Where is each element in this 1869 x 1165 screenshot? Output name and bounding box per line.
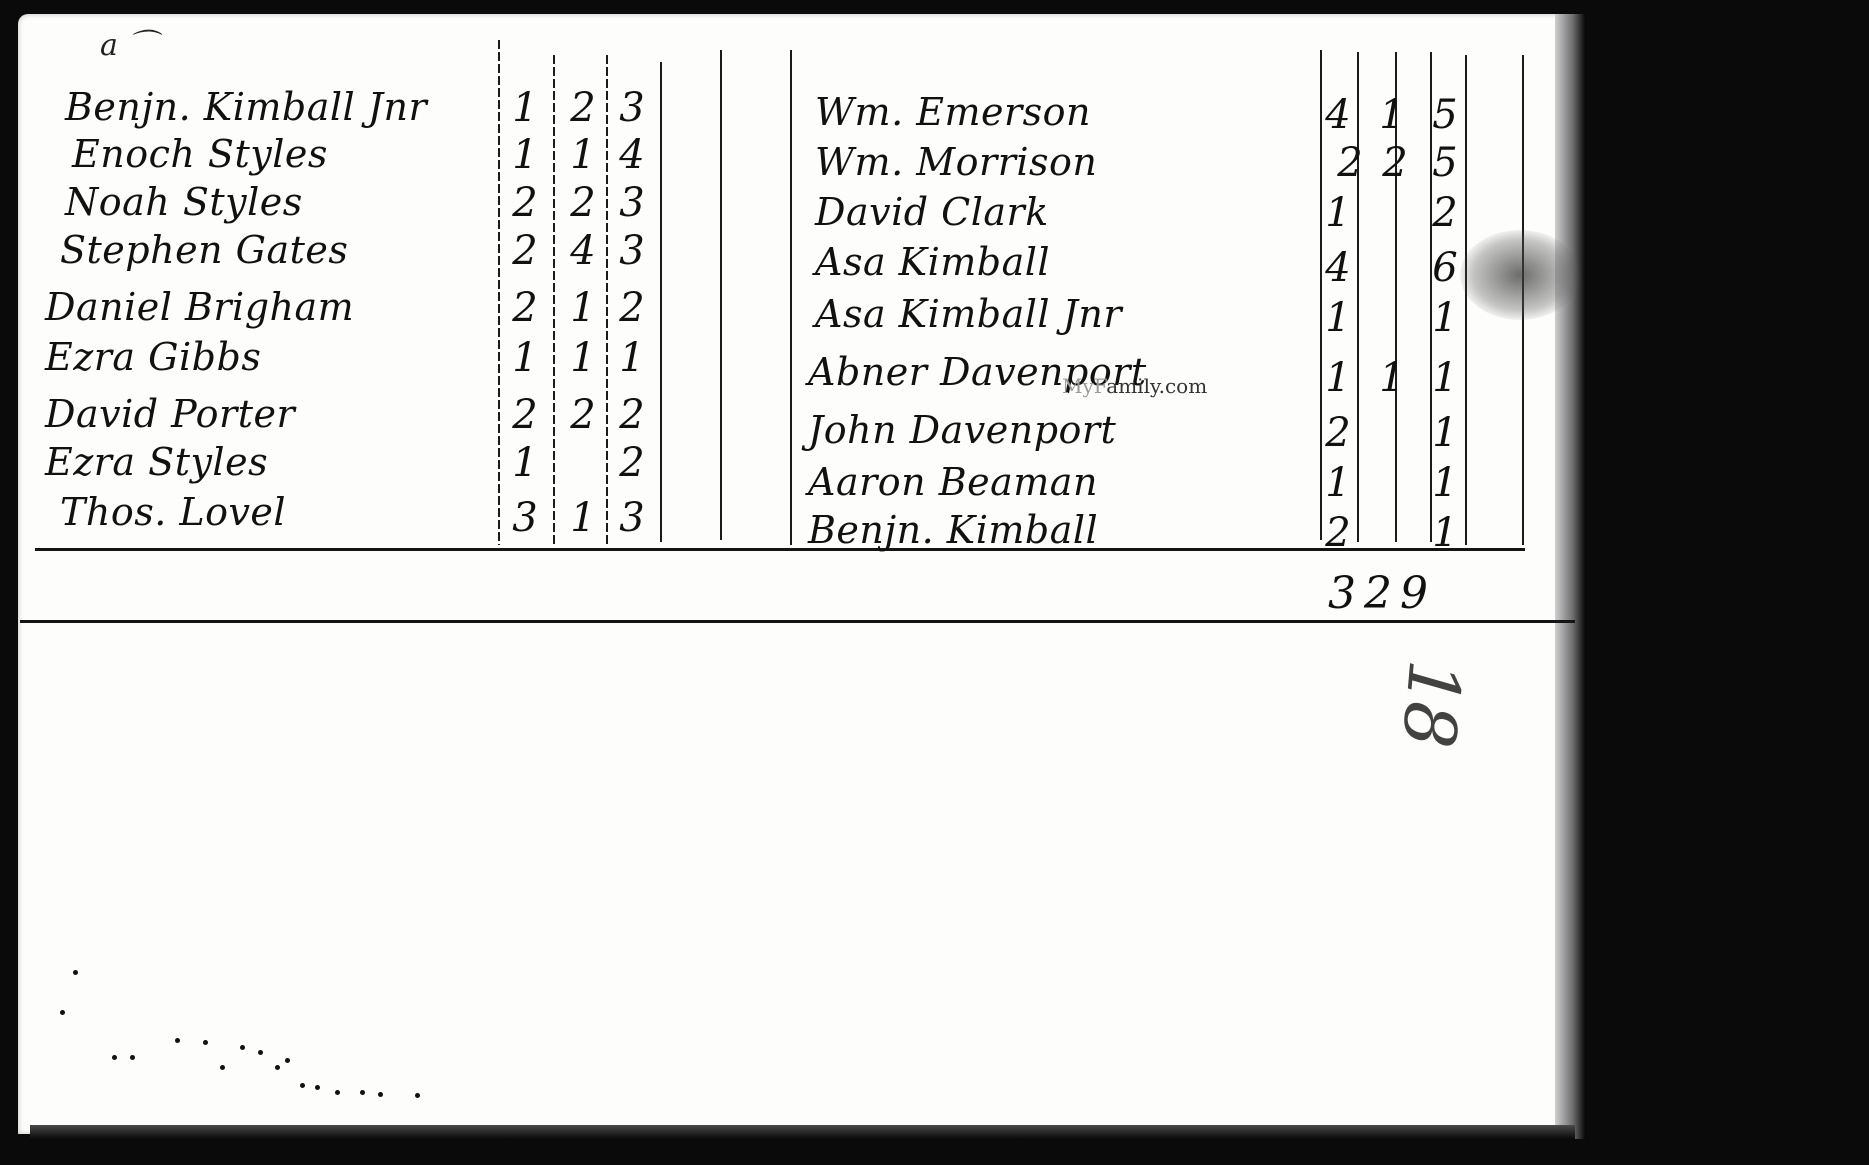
entry-count-2: 2 [563, 392, 603, 438]
watermark-suffix: amily.com [1106, 374, 1207, 398]
entry-count-3: 5 [1425, 140, 1465, 186]
entry-count-2: 2 [563, 85, 603, 131]
entry-name: Benjn. Kimball [808, 508, 1098, 552]
entry-name: Wm. Emerson [815, 90, 1091, 134]
entry-name: David Porter [45, 392, 295, 436]
entry-count-3: 1 [1425, 355, 1465, 401]
entry-name: Daniel Brigham [45, 285, 354, 329]
entry-count-1: 1 [505, 132, 545, 178]
page-edge-shadow [1555, 14, 1585, 1139]
entry-count-3: 1 [1425, 295, 1465, 341]
entry-count-3: 4 [612, 132, 652, 178]
entry-name: Ezra Styles [45, 440, 268, 484]
entry-count-3: 2 [612, 285, 652, 331]
watermark-prefix: MyF [1062, 374, 1106, 398]
entry-count-1: 4 [1318, 245, 1358, 291]
margin-note: 18 [1386, 657, 1477, 748]
entry-count-3: 3 [612, 228, 652, 274]
entry-count-1: 4 [1318, 92, 1358, 138]
table-bottom-rule [35, 548, 1525, 551]
page-bottom-edge [30, 1125, 1575, 1139]
entry-name: Thos. Lovel [60, 490, 286, 534]
entry-count-1: 1 [505, 85, 545, 131]
left-col-rule-4 [660, 62, 662, 542]
entry-name: Noah Styles [65, 180, 303, 224]
entry-name: Aaron Beaman [808, 460, 1098, 504]
right-col-name-rule [790, 50, 792, 545]
entry-name: David Clark [815, 190, 1049, 234]
entry-count-2: 2 [563, 180, 603, 226]
entry-count-2: 1 [563, 495, 603, 541]
entry-count-3: 3 [612, 495, 652, 541]
left-col-rule-5 [720, 50, 722, 540]
entry-count-1: 2 [505, 228, 545, 274]
entry-count-1: 1 [505, 440, 545, 486]
entry-count-1: 3 [505, 495, 545, 541]
left-col-rule-3 [606, 55, 608, 545]
entry-count-3: 1 [1425, 460, 1465, 506]
entry-count-3: 1 [612, 335, 652, 381]
left-col-rule-2 [553, 55, 555, 545]
entry-name: Asa Kimball [815, 240, 1050, 284]
entry-count-3: 2 [1425, 190, 1465, 236]
entry-name: Ezra Gibbs [45, 335, 261, 379]
entry-count-3: 2 [612, 440, 652, 486]
myfamily-watermark: MyFamily.com [1062, 374, 1207, 398]
entry-name: Enoch Styles [72, 132, 328, 176]
entry-count-1: 1 [1318, 355, 1358, 401]
entry-count-1: 1 [1318, 295, 1358, 341]
entry-count-1: 1 [1318, 460, 1358, 506]
entry-count-3: 5 [1425, 92, 1465, 138]
entry-count-2: 4 [563, 228, 603, 274]
ink-stain [1460, 230, 1580, 320]
entry-count-1: 2 [505, 180, 545, 226]
entry-count-2: 1 [1372, 92, 1412, 138]
entry-count-2: 2 [1375, 140, 1415, 186]
entry-name: Asa Kimball Jnr [815, 292, 1122, 336]
right-col-rule-5 [1465, 55, 1467, 545]
entry-count-1: 2 [1318, 510, 1358, 556]
entry-count-1: 1 [1318, 190, 1358, 236]
total-rule [20, 620, 1575, 623]
entry-count-2: 1 [563, 132, 603, 178]
entry-name: John Davenport [808, 408, 1116, 452]
page-total: 329 [1328, 568, 1436, 619]
entry-count-2: 1 [1372, 355, 1412, 401]
entry-name: Stephen Gates [60, 228, 348, 272]
entry-count-1: 2 [1318, 410, 1358, 456]
entry-count-3: 2 [612, 392, 652, 438]
entry-count-2: 1 [563, 335, 603, 381]
entry-count-1: 2 [1330, 140, 1370, 186]
header-scribble: a ⌒ [100, 20, 157, 64]
entry-count-3: 3 [612, 180, 652, 226]
entry-count-1: 1 [505, 335, 545, 381]
entry-count-3: 1 [1425, 510, 1465, 556]
entry-count-3: 6 [1425, 245, 1465, 291]
entry-count-1: 2 [505, 392, 545, 438]
entry-count-2: 1 [563, 285, 603, 331]
entry-name: Wm. Morrison [815, 140, 1097, 184]
entry-count-3: 3 [612, 85, 652, 131]
entry-count-1: 2 [505, 285, 545, 331]
entry-count-3: 1 [1425, 410, 1465, 456]
entry-name: Benjn. Kimball Jnr [65, 85, 427, 129]
left-col-rule-1 [498, 40, 500, 545]
